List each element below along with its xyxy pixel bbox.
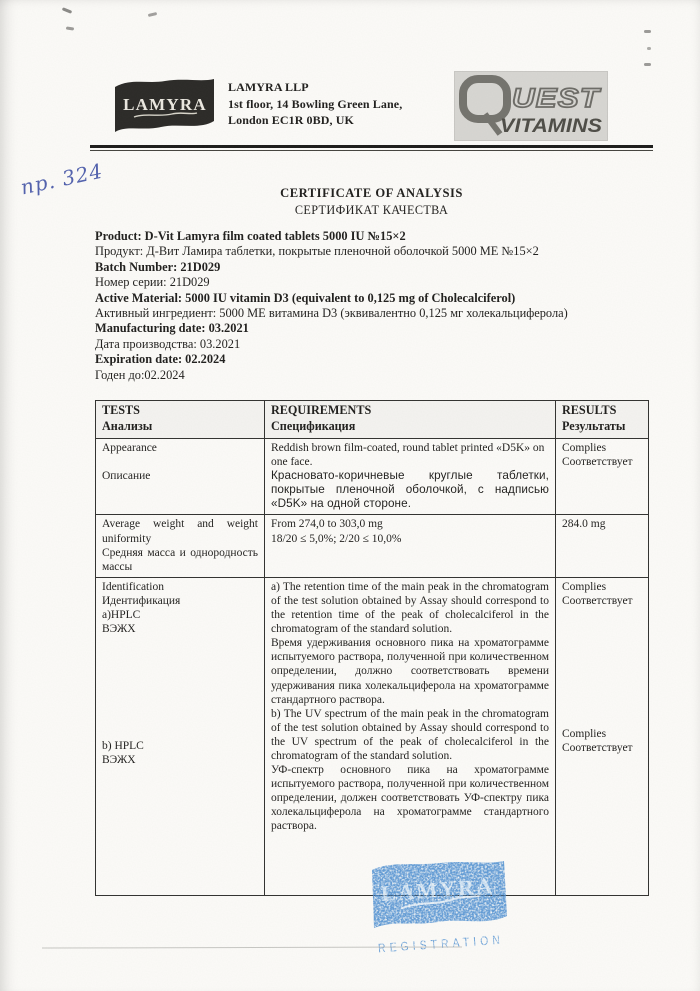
identification-b-result-ru: Соответствует <box>562 741 642 755</box>
identification-a-req-ru: Время удерживания основного пика на хром… <box>271 636 549 706</box>
weight-result-cell: 284.0 mg <box>556 515 649 577</box>
identification-test-en: Identification <box>102 580 258 594</box>
staple-mark <box>644 30 651 33</box>
address-line: London EC1R 0BD, UK <box>228 112 402 129</box>
title-en: CERTIFICATE OF ANALYSIS <box>95 186 648 201</box>
scanned-certificate-page: LAMYRA LAMYRA LLP 1st floor, 14 Bowling … <box>0 0 700 991</box>
product-line: Номер серии: 21D029 <box>95 275 653 290</box>
header-requirements: REQUIREMENTS Спецификация <box>265 401 556 439</box>
identification-test-ru: Идентификация <box>102 594 258 608</box>
product-line: Продукт: Д-Вит Ламира таблетки, покрытые… <box>95 244 653 259</box>
staple-mark <box>647 47 651 50</box>
quest-vitamins-logo: UEST VITAMINS <box>455 72 607 140</box>
header-results-ru: Результаты <box>562 419 642 435</box>
header-divider <box>90 145 653 151</box>
header-results-en: RESULTS <box>562 403 642 419</box>
product-info: Product: D-Vit Lamyra film coated tablet… <box>95 229 653 383</box>
document-title: CERTIFICATE OF ANALYSIS СЕРТИФИКАТ КАЧЕС… <box>95 186 648 218</box>
staple-mark <box>66 26 74 30</box>
row-appearance: Appearance Описание Reddish brown film-c… <box>96 439 649 515</box>
handwritten-note: пр. 324 <box>18 159 105 200</box>
stamp-caption: REGISTRATION <box>378 933 505 956</box>
header-requirements-ru: Спецификация <box>271 419 549 435</box>
product-line: Batch Number: 21D029 <box>95 260 653 275</box>
header-results: RESULTS Результаты <box>556 401 649 439</box>
identification-b-req-ru: УФ-спектр основного пика на хроматограмм… <box>271 763 549 833</box>
header-tests-en: TESTS <box>102 403 258 419</box>
address-line: 1st floor, 14 Bowling Green Lane, <box>228 96 402 113</box>
product-line: Активный ингредиент: 5000 МЕ витамина D3… <box>95 306 653 321</box>
identification-method-b: b) HPLC <box>102 739 258 753</box>
weight-test-en: Average weight and weight uniformity <box>102 517 258 545</box>
appearance-req-cell: Reddish brown film-coated, round tablet … <box>265 439 556 515</box>
product-line: Годен до:02.2024 <box>95 368 653 383</box>
quest-vitamins-logo-graphic: UEST VITAMINS <box>455 72 607 140</box>
identification-a-result-ru: Соответствует <box>562 594 642 608</box>
identification-result-cell: Complies Соответствует Complies Соответс… <box>556 577 649 895</box>
coa-table: TESTS Анализы REQUIREMENTS Спецификация … <box>95 400 649 896</box>
staple-mark <box>148 12 157 17</box>
product-line: Active Material: 5000 IU vitamin D3 (equ… <box>95 291 653 306</box>
identification-req-cell: a) The retention time of the main peak i… <box>265 577 556 895</box>
header-tests-ru: Анализы <box>102 419 258 435</box>
staple-mark <box>62 7 72 14</box>
appearance-test-ru: Описание <box>102 469 258 483</box>
appearance-result-cell: Complies Соответствует <box>556 439 649 515</box>
weight-test-cell: Average weight and weight uniformity Сре… <box>96 515 265 577</box>
row-identification: Identification Идентификация а)HPLC ВЭЖХ… <box>96 577 649 895</box>
quest-text: UEST <box>512 83 602 113</box>
weight-req-line2: 18/20 ≤ 5,0%; 2/20 ≤ 10,0% <box>271 532 549 546</box>
staple-mark <box>644 63 651 66</box>
product-line: Product: D-Vit Lamyra film coated tablet… <box>95 229 653 244</box>
appearance-result-en: Complies <box>562 441 642 455</box>
title-ru: СЕРТИФИКАТ КАЧЕСТВА <box>95 203 648 218</box>
identification-b-result-en: Complies <box>562 727 642 741</box>
lamyra-logo-text: LAMYRA <box>123 95 207 114</box>
product-line: Expiration date: 02.2024 <box>95 352 653 367</box>
row-weight: Average weight and weight uniformity Сре… <box>96 515 649 577</box>
header-requirements-en: REQUIREMENTS <box>271 403 549 419</box>
appearance-test-en: Appearance <box>102 441 258 455</box>
weight-req-line1: From 274,0 to 303,0 mg <box>271 517 549 531</box>
identification-b-req-en: b) The UV spectrum of the main peak in t… <box>271 707 549 763</box>
product-line: Manufacturing date: 03.2021 <box>95 321 653 336</box>
identification-method-a-ru: ВЭЖХ <box>102 622 258 636</box>
weight-req-cell: From 274,0 to 303,0 mg 18/20 ≤ 5,0%; 2/2… <box>265 515 556 577</box>
identification-method-a: а)HPLC <box>102 608 258 622</box>
appearance-req-ru: Красновато-коричневые круглые таблетки, … <box>271 469 549 511</box>
weight-test-ru: Средняя масса и однородность массы <box>102 546 258 574</box>
appearance-req-en: Reddish brown film-coated, round tablet … <box>271 441 549 469</box>
table-header-row: TESTS Анализы REQUIREMENTS Спецификация … <box>96 401 649 439</box>
lamyra-logo: LAMYRA <box>110 74 220 140</box>
identification-a-req-en: a) The retention time of the main peak i… <box>271 580 549 636</box>
identification-a-result-en: Complies <box>562 580 642 594</box>
weight-result: 284.0 mg <box>562 517 642 531</box>
company-name: LAMYRA LLP <box>228 79 402 96</box>
identification-test-cell: Identification Идентификация а)HPLC ВЭЖХ… <box>96 577 265 895</box>
identification-method-b-ru: ВЭЖХ <box>102 753 258 767</box>
header-tests: TESTS Анализы <box>96 401 265 439</box>
vitamins-text: VITAMINS <box>500 116 602 137</box>
registration-stamp: LAMYRA REGISTRATION <box>358 852 528 960</box>
appearance-test-cell: Appearance Описание <box>96 439 265 515</box>
company-address: LAMYRA LLP 1st floor, 14 Bowling Green L… <box>228 79 402 129</box>
product-line: Дата производства: 03.2021 <box>95 337 653 352</box>
appearance-result-ru: Соответствует <box>562 455 642 469</box>
